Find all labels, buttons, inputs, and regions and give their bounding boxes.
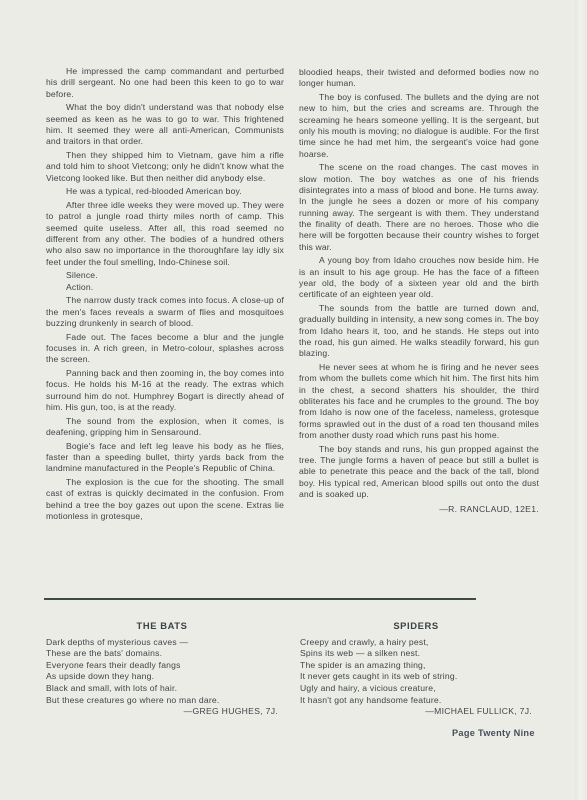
poem-byline: —GREG HUGHES, 7J. <box>46 706 278 718</box>
paragraph: Panning back and then zooming in, the bo… <box>46 368 284 413</box>
paragraph: Fade out. The faces become a blur and th… <box>46 332 284 366</box>
page-edge <box>575 0 587 800</box>
poem-line: As upside down they hang. <box>46 671 278 683</box>
paragraph: After three idle weeks they were moved u… <box>46 200 284 268</box>
paragraph: The explosion is the cue for the shootin… <box>46 477 284 522</box>
poem-line: Creepy and crawly, a hairy pest, <box>300 637 532 649</box>
poem-line: These are the bats' domains. <box>46 648 278 660</box>
poem-byline: —MICHAEL FULLICK, 7J. <box>300 706 532 718</box>
article-left-column: He impressed the camp commandant and per… <box>46 66 284 525</box>
poem-line: It hasn't got any handsome feature. <box>300 695 532 707</box>
poem-the-bats: THE BATS Dark depths of mysterious caves… <box>46 620 278 718</box>
article-right-column: bloodied heaps, their twisted and deform… <box>299 67 539 515</box>
paragraph: He never sees at whom he is firing and h… <box>299 362 539 441</box>
poem-line: Everyone fears their deadly fangs <box>46 660 278 672</box>
paragraph: Then they shipped him to Vietnam, gave h… <box>46 150 284 184</box>
article-byline: —R. RANCLAUD, 12E1. <box>299 504 539 515</box>
paragraph: The boy is confused. The bullets and the… <box>299 92 539 160</box>
poem-line: Spins its web — a silken nest. <box>300 648 532 660</box>
poem-line: Ugly and hairy, a vicious creature, <box>300 683 532 695</box>
paragraph: What the boy didn't understand was that … <box>46 102 284 147</box>
paragraph: He was a typical, red-blooded American b… <box>46 186 284 197</box>
paragraph: bloodied heaps, their twisted and deform… <box>299 67 539 90</box>
poem-line: The spider is an amazing thing, <box>300 660 532 672</box>
poem-title: THE BATS <box>46 620 278 632</box>
paragraph: He impressed the camp commandant and per… <box>46 66 284 100</box>
page-number: Page Twenty Nine <box>452 728 535 738</box>
paragraph: The narrow dusty track comes into focus.… <box>46 295 284 329</box>
paragraph: The sound from the explosion, when it co… <box>46 416 284 439</box>
paragraph: Bogie's face and left leg leave his body… <box>46 441 284 475</box>
paragraph: A young boy from Idaho crouches now besi… <box>299 255 539 300</box>
paragraph: The sounds from the battle are turned do… <box>299 303 539 360</box>
poem-line: It never gets caught in its web of strin… <box>300 671 532 683</box>
section-divider <box>44 598 476 600</box>
paragraph: Silence. <box>46 270 284 281</box>
poem-line: Black and small, with lots of hair. <box>46 683 278 695</box>
paragraph: The scene on the road changes. The cast … <box>299 162 539 253</box>
paragraph: The boy stands and runs, his gun propped… <box>299 444 539 501</box>
paragraph: Action. <box>46 282 284 293</box>
poem-spiders: SPIDERS Creepy and crawly, a hairy pest,… <box>300 620 532 718</box>
poem-title: SPIDERS <box>300 620 532 632</box>
poem-line: But these creatures go where no man dare… <box>46 695 278 707</box>
poem-line: Dark depths of mysterious caves — <box>46 637 278 649</box>
